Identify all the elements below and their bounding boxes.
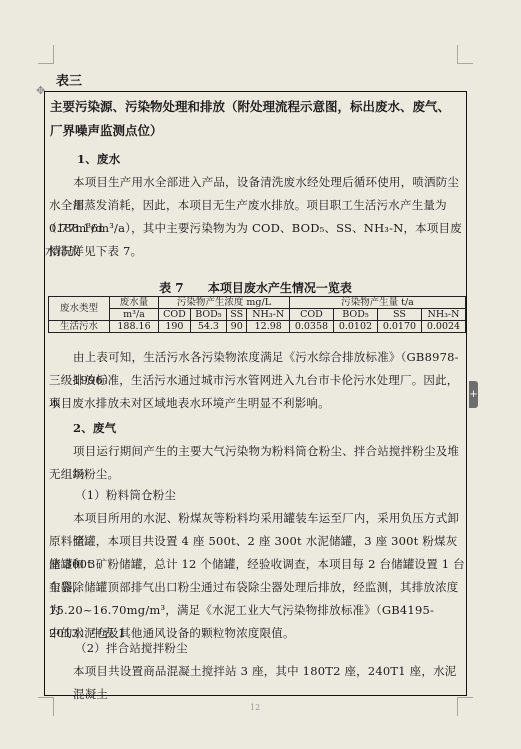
subheader-cell: COD <box>159 309 191 321</box>
table-title: 本项目废水产生情况一览表 <box>208 281 352 295</box>
section-label: 表三 <box>56 70 82 89</box>
paragraph-line: 本项目共设置商品混凝土搅拌站 3 座，其中 180T2 座，240T1 座，水泥… <box>73 660 466 706</box>
cell-value: 90 <box>226 321 247 333</box>
subheader-cell: NH₃-N <box>421 309 465 321</box>
table-subheader-row: m³/a COD BOD₅ SS NH₃-N COD BOD₅ SS NH₃-N <box>49 309 466 321</box>
cell-value: 0.0358 <box>289 321 333 333</box>
page-number: 12 <box>250 703 260 712</box>
header-type: 废水类型 <box>49 297 110 321</box>
wastewater-table: 废水类型 废水量 污染物产生浓度 mg/L 污染物产生量 t/a m³/a CO… <box>48 296 466 333</box>
paragraph-line: 项目运行期间产生的主要大气污染物为粉料筒仓粉尘、拌合站搅拌粉尘及堆场 <box>73 440 466 486</box>
cell-volume: 188.16 <box>110 321 159 333</box>
table-caption: 表 7 本项目废水产生情况一览表 <box>45 279 466 296</box>
subsection-heading: （2）拌合站搅拌粉尘 <box>75 637 188 660</box>
page-corner-mark-top-right <box>457 45 473 64</box>
paragraph-line: 无组织粉尘。 <box>49 463 119 486</box>
exhaust-heading: 2、废气 <box>73 417 116 440</box>
content-frame: 主要污染源、污染物处理和排放（附处理流程示意图，标出废水、废气、厂界噪声监测点位… <box>44 91 467 696</box>
subheader-cell: NH₃-N <box>247 309 289 321</box>
header-amount: 污染物产生量 t/a <box>289 297 465 309</box>
paragraph-line: 项目废水排放未对区域地表水环境产生明显不利影响。 <box>49 392 330 415</box>
cell-value: 0.0170 <box>377 321 421 333</box>
cell-value: 12.98 <box>247 321 289 333</box>
page-corner-mark-top-left <box>38 45 54 64</box>
cell-value: 190 <box>159 321 191 333</box>
frame-heading: 主要污染源、污染物处理和排放（附处理流程示意图，标出废水、废气、厂界噪声监测点位… <box>50 95 460 143</box>
subsection-heading: （1）粉料筒仓粉尘 <box>75 484 176 507</box>
table-row: 生活污水 188.16 190 54.3 90 12.98 0.0358 0.0… <box>49 321 466 333</box>
subheader-cell: BOD₅ <box>333 309 377 321</box>
table-number: 表 7 <box>159 281 184 295</box>
cell-type: 生活污水 <box>49 321 110 333</box>
cell-value: 0.0102 <box>333 321 377 333</box>
header-concentration: 污染物产生浓度 mg/L <box>159 297 290 309</box>
subheader-cell: BOD₅ <box>190 309 226 321</box>
page-corner-mark-bottom-left <box>38 697 54 716</box>
expand-tab-plus-icon[interactable]: + <box>469 381 478 408</box>
subheader-cell: COD <box>289 309 333 321</box>
paragraph-line: 情况详见下表 7。 <box>49 240 142 263</box>
cell-value: 0.0024 <box>421 321 465 333</box>
subheader-cell: SS <box>226 309 247 321</box>
header-volume: 废水量 <box>110 297 159 309</box>
header-volume-unit: m³/a <box>110 309 159 321</box>
table-header-row: 废水类型 废水量 污染物产生浓度 mg/L 污染物产生量 t/a <box>49 297 466 309</box>
subheader-cell: SS <box>377 309 421 321</box>
wastewater-heading: 1、废水 <box>77 148 120 171</box>
cell-value: 54.3 <box>190 321 226 333</box>
